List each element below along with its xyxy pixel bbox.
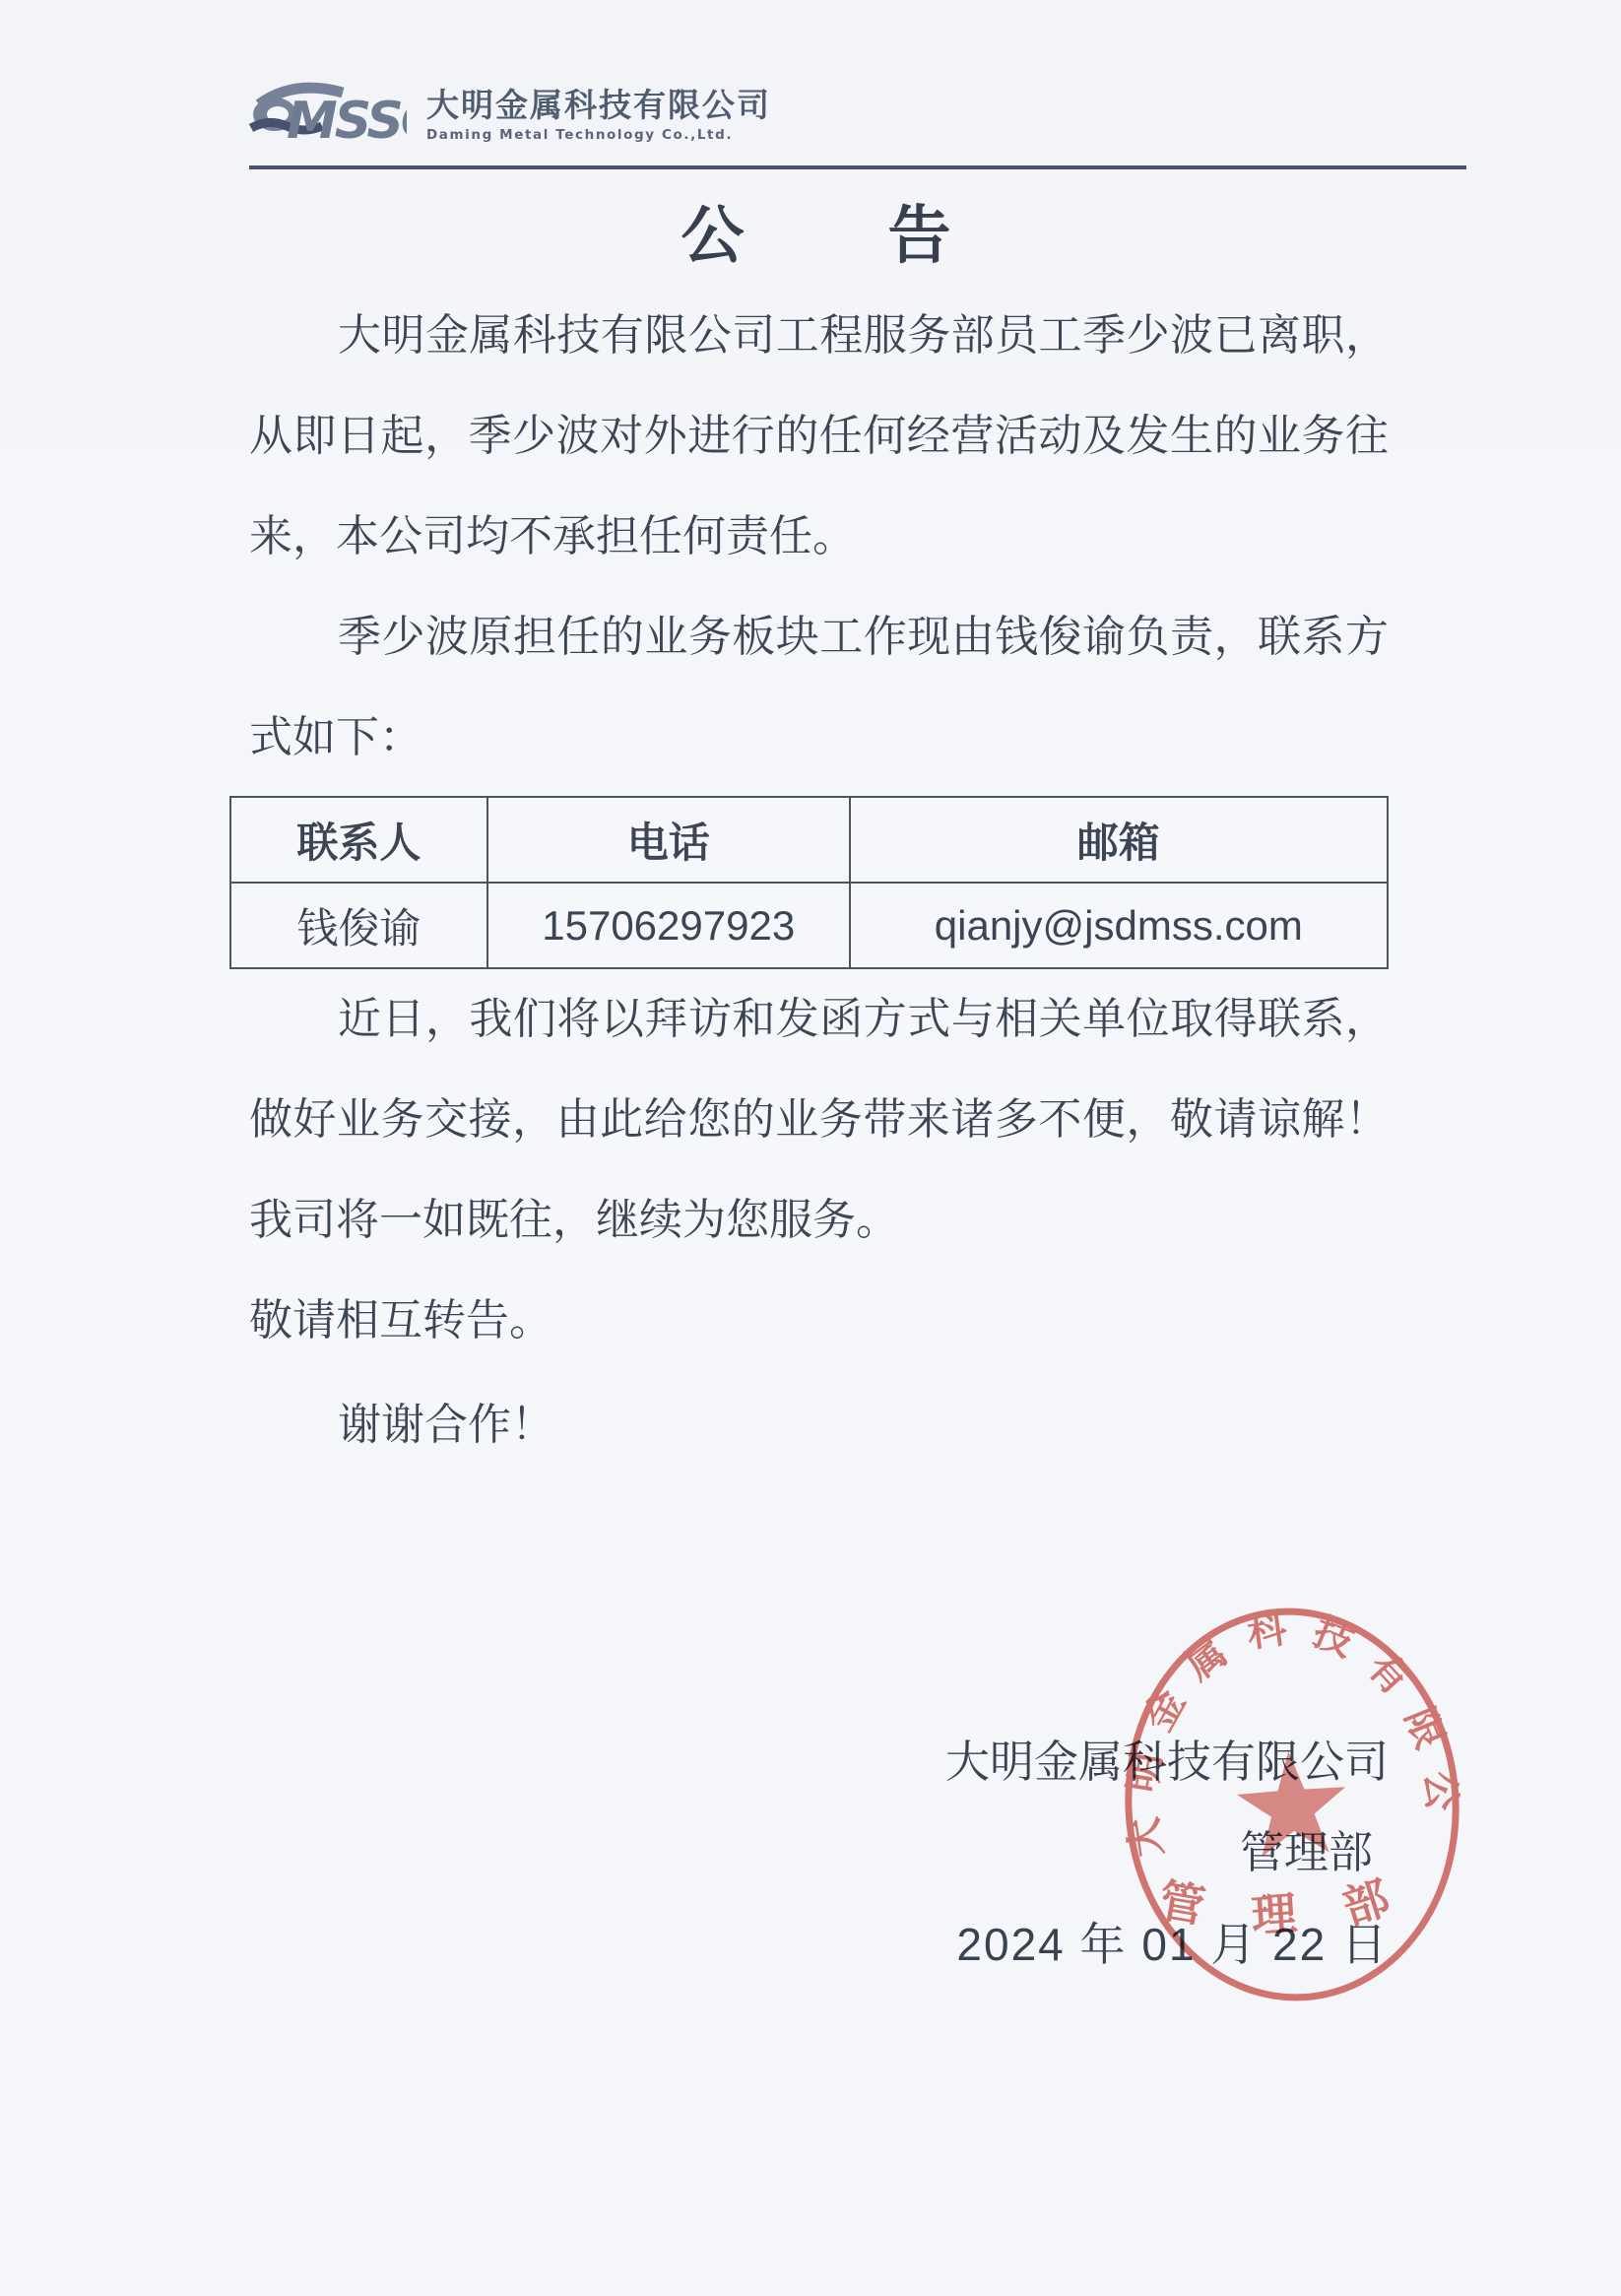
dmssc-logo-icon: MSSC <box>249 77 407 154</box>
document-body: MSSC 大明金属科技有限公司 Daming Metal Technology … <box>249 77 1389 1476</box>
header-email: 邮箱 <box>850 797 1388 883</box>
brand-names: 大明金属科技有限公司 Daming Metal Technology Co.,L… <box>426 88 771 142</box>
paragraph-notify: 敬请相互转告。 <box>249 1271 1389 1371</box>
table-header-row: 联系人 电话 邮箱 <box>230 797 1388 883</box>
cell-contact-name: 钱俊谕 <box>230 883 487 968</box>
brand-name-cn: 大明金属科技有限公司 <box>426 88 771 123</box>
brand-name-en: Daming Metal Technology Co.,Ltd. <box>426 127 771 143</box>
announcement-page: MSSC 大明金属科技有限公司 Daming Metal Technology … <box>0 0 1621 2296</box>
cell-phone-number: 15706297923 <box>487 883 850 968</box>
company-header: MSSC 大明金属科技有限公司 Daming Metal Technology … <box>249 77 1389 154</box>
signature-department: 管理部 <box>1240 1816 1389 1880</box>
header-contact-person: 联系人 <box>230 797 487 883</box>
announcement-title: 公 告 <box>249 187 1389 286</box>
paragraph-successor: 季少波原担任的业务板块工作现由钱俊谕负责，联系方式如下： <box>249 587 1389 788</box>
cell-email-address: qianjy@jsdmss.com <box>850 883 1388 968</box>
svg-text:MSSC: MSSC <box>287 92 407 151</box>
header-phone: 电话 <box>487 797 850 883</box>
paragraph-resignation: 大明金属科技有限公司工程服务部员工季少波已离职，从即日起，季少波对外进行的任何经… <box>249 286 1389 587</box>
paragraph-handover: 近日，我们将以拜访和发函方式与相关单位取得联系，做好业务交接，由此给您的业务带来… <box>249 969 1389 1271</box>
contact-table: 联系人 电话 邮箱 钱俊谕 15706297923 qianjy@jsdmss.… <box>229 796 1389 969</box>
signature-company: 大明金属科技有限公司 <box>945 1726 1389 1790</box>
header-divider <box>249 165 1466 169</box>
table-row: 钱俊谕 15706297923 qianjy@jsdmss.com <box>230 883 1388 968</box>
signature-date: 2024 年 01 月 22 日 <box>956 1909 1389 1974</box>
paragraph-thanks: 谢谢合作！ <box>249 1375 1389 1476</box>
